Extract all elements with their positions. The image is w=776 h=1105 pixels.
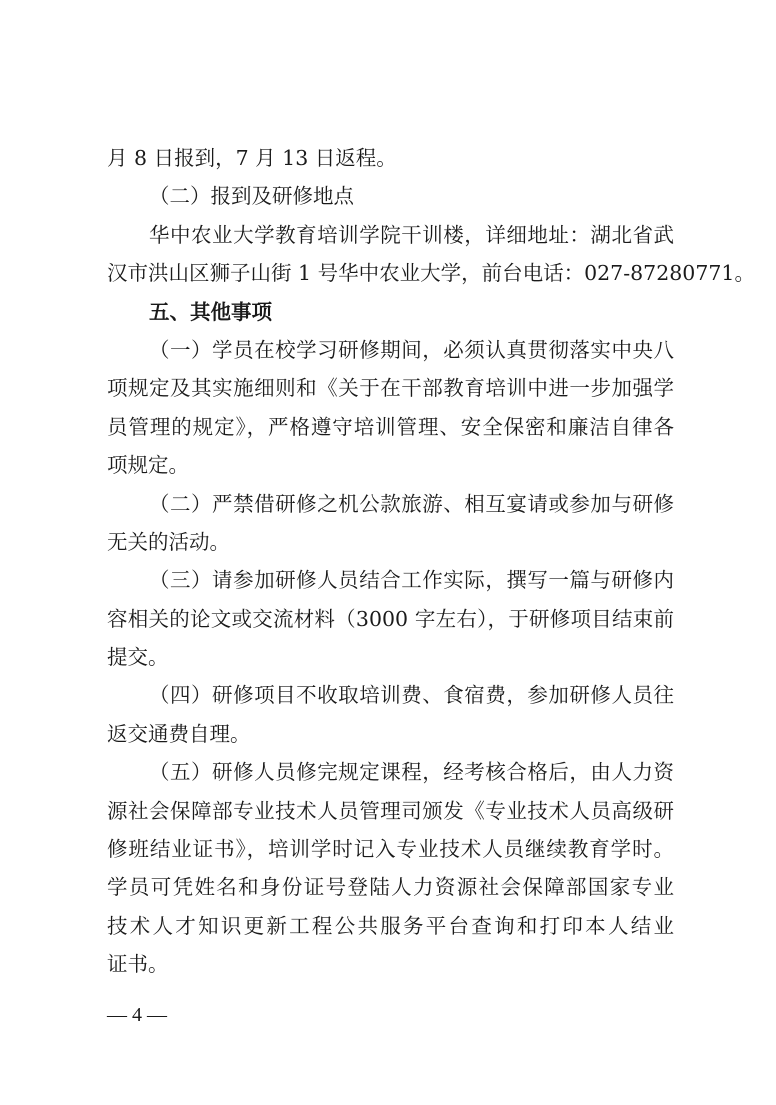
text-line-item1-2: 项规定及其实施细则和《关于在干部教育培训中进一步加强学 <box>107 369 674 407</box>
text-line-item5-4: 学员可凭姓名和身份证号登陆人力资源社会保障部国家专业 <box>107 868 674 906</box>
text-line-address-2: 汉市洪山区狮子山街 1 号华中农业大学，前台电话：027-87280771。 <box>107 254 674 292</box>
text-line-item3-2: 容相关的论文或交流材料（3000 字左右），于研修项目结束前 <box>107 600 674 638</box>
subheading-location: （二）报到及研修地点 <box>107 177 674 215</box>
text-line-item4-2: 返交通费自理。 <box>107 715 674 753</box>
text-line-item4-1: （四）研修项目不收取培训费、食宿费，参加研修人员往 <box>107 676 674 714</box>
document-body: 月 8 日报到，7 月 13 日返程。 （二）报到及研修地点 华中农业大学教育培… <box>107 139 674 984</box>
text-line-item1-4: 项规定。 <box>107 446 674 484</box>
text-line-item1-1: （一）学员在校学习研修期间，必须认真贯彻落实中央八 <box>107 331 674 369</box>
text-line-item5-2: 源社会保障部专业技术人员管理司颁发《专业技术人员高级研 <box>107 792 674 830</box>
page-number: — 4 — <box>107 1001 167 1029</box>
text-line-date: 月 8 日报到，7 月 13 日返程。 <box>107 139 674 177</box>
text-line-address-1: 华中农业大学教育培训学院干训楼，详细地址：湖北省武 <box>107 216 674 254</box>
text-line-item5-5: 技术人才知识更新工程公共服务平台查询和打印本人结业 <box>107 907 674 945</box>
text-line-item5-3: 修班结业证书》，培训学时记入专业技术人员继续教育学时。 <box>107 830 674 868</box>
text-line-item2-2: 无关的活动。 <box>107 523 674 561</box>
section-heading-other-matters: 五、其他事项 <box>107 293 674 331</box>
text-line-item1-3: 员管理的规定》，严格遵守培训管理、安全保密和廉洁自律各 <box>107 408 674 446</box>
text-line-item3-1: （三）请参加研修人员结合工作实际，撰写一篇与研修内 <box>107 561 674 599</box>
text-line-item5-1: （五）研修人员修完规定课程，经考核合格后，由人力资 <box>107 753 674 791</box>
text-line-item2-1: （二）严禁借研修之机公款旅游、相互宴请或参加与研修 <box>107 485 674 523</box>
text-line-item5-6: 证书。 <box>107 945 674 983</box>
text-line-item3-3: 提交。 <box>107 638 674 676</box>
